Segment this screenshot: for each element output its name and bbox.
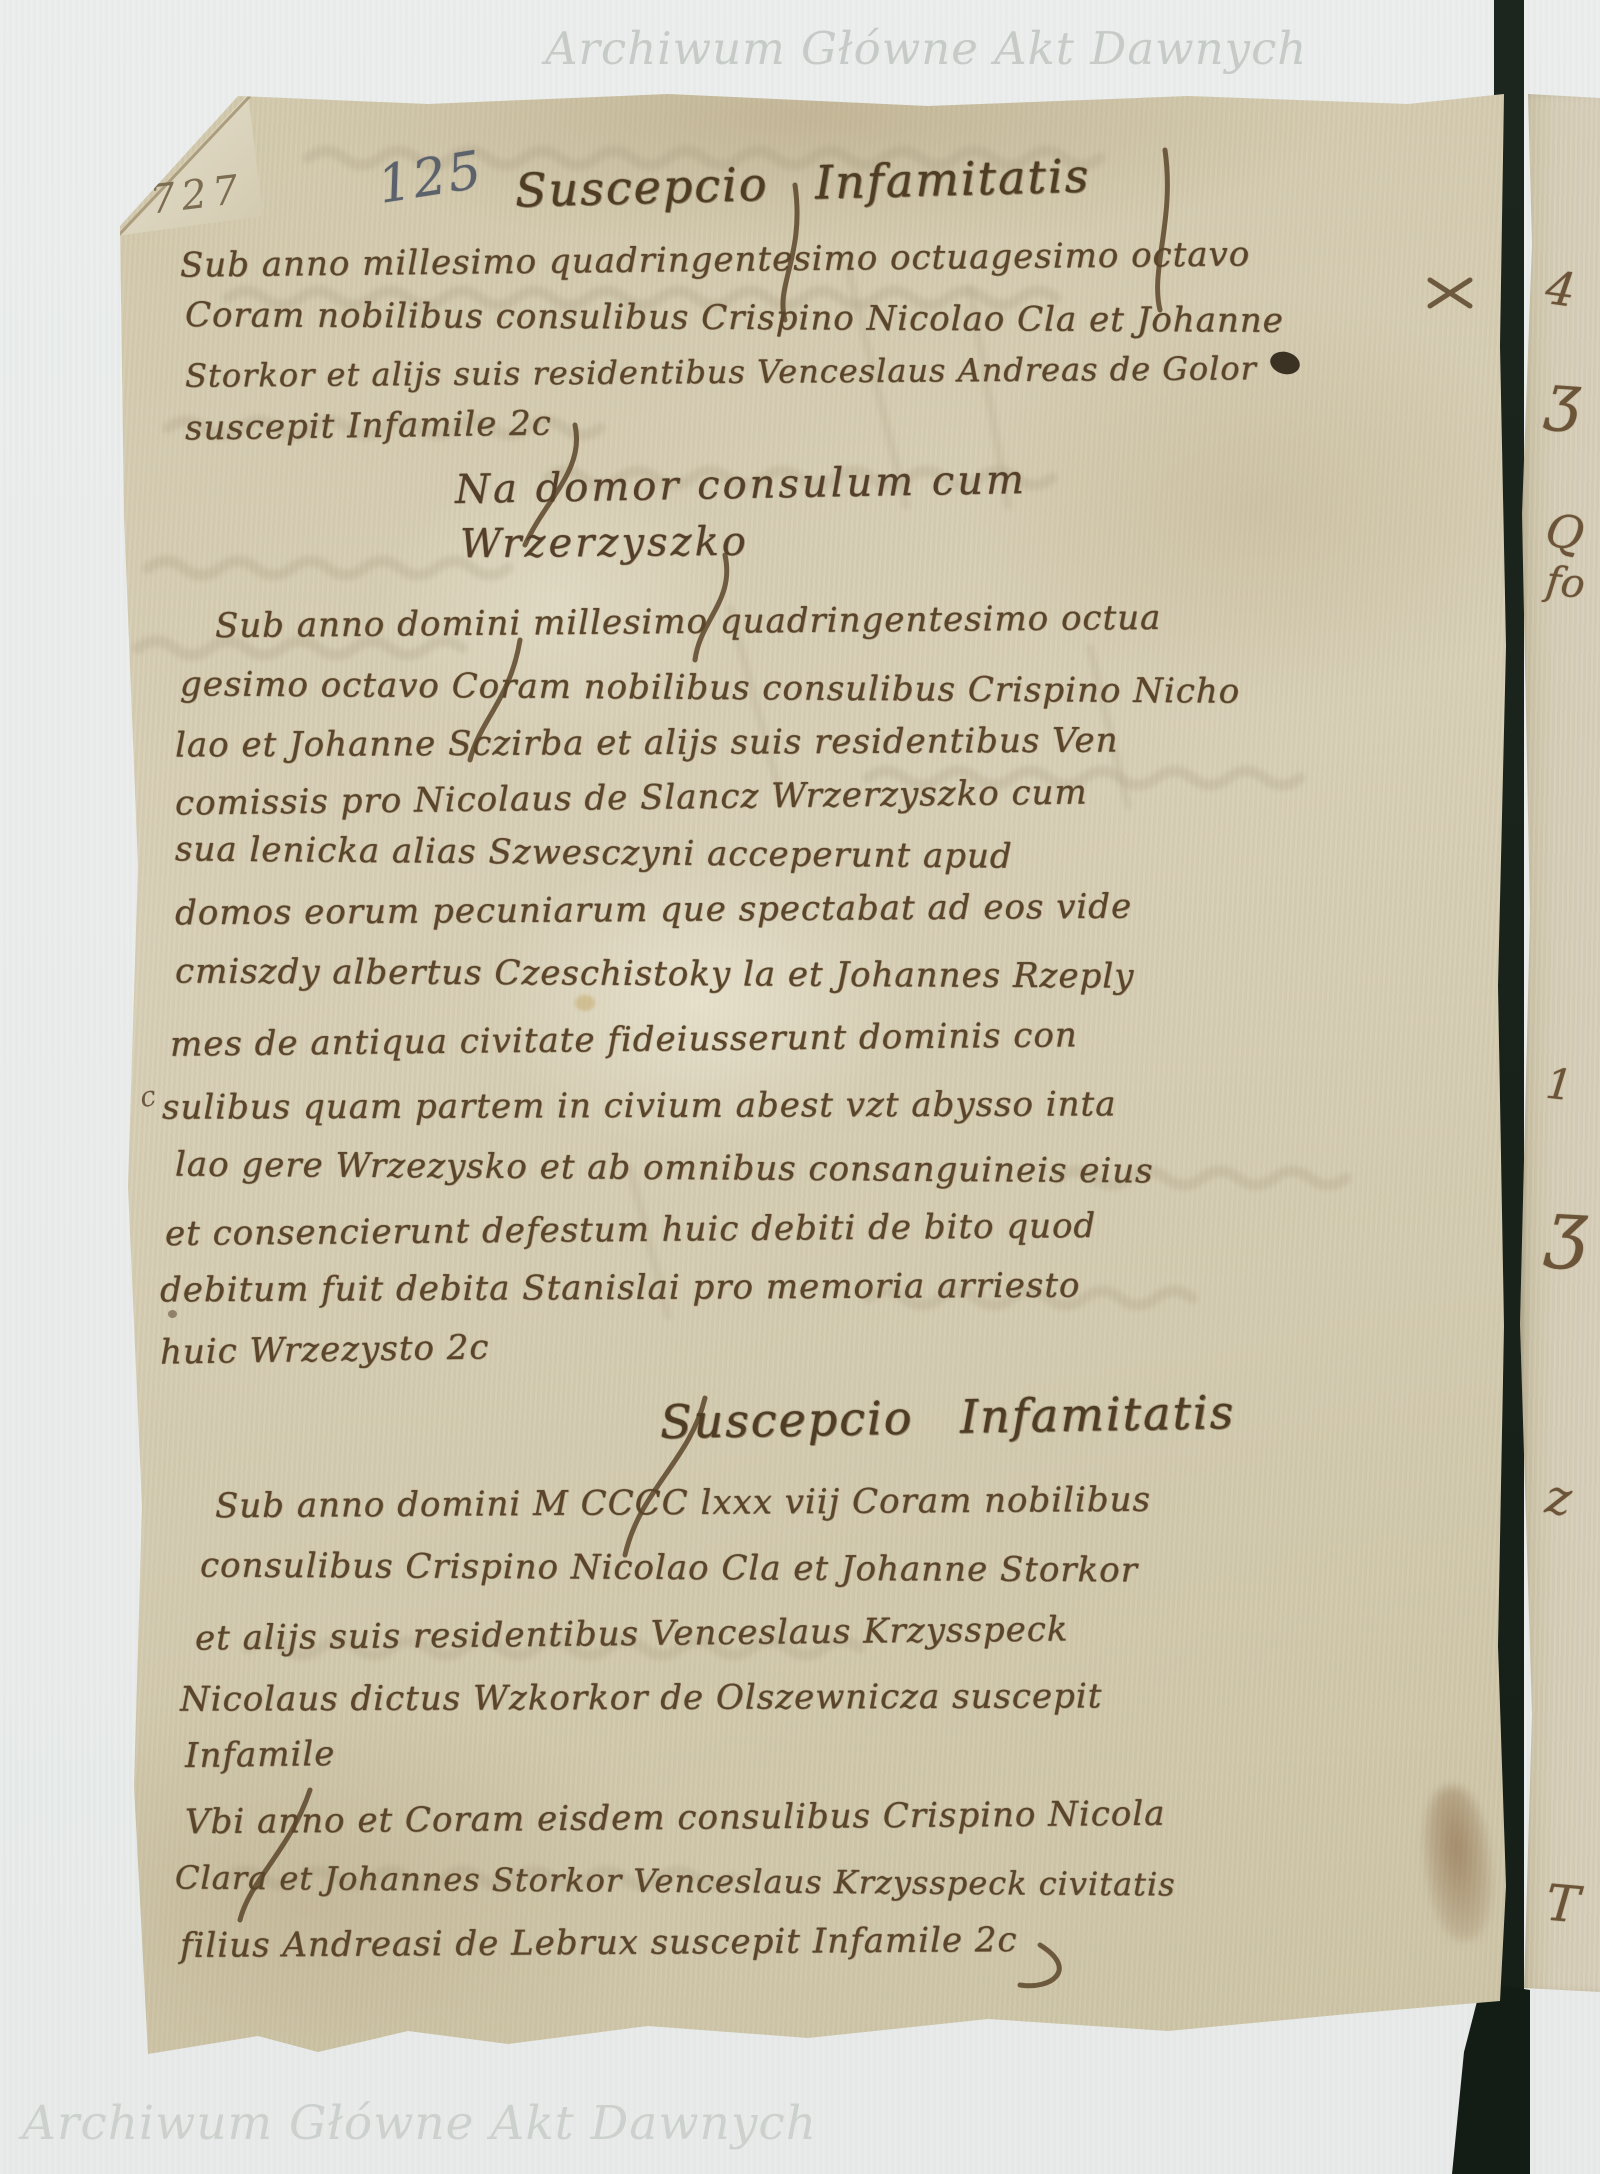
page-fragment: z xyxy=(1542,1469,1575,1528)
manuscript-page: 727 125 c Suscepcio Infamitatis Sub anno… xyxy=(108,86,1508,2058)
manuscript-line: Storkor et alijs suis residentibus Vence… xyxy=(185,349,1257,394)
manuscript-line: Clara et Johannes Storkor Venceslaus Krz… xyxy=(175,1859,1176,1904)
manuscript-line: lao gere Wrzezysko et ab omnibus consang… xyxy=(175,1145,1154,1192)
page-fragment: Q xyxy=(1542,502,1589,562)
manuscript-line: Vbi anno et Coram eisdem consulibus Cris… xyxy=(185,1794,1166,1843)
manuscript-line: huic Wrzezysto 2c xyxy=(160,1327,490,1372)
manuscript-line: lao et Johanne Sczirba et alijs suis res… xyxy=(175,721,1119,766)
manuscript-line: debitum fuit debita Stanislai pro memori… xyxy=(160,1266,1081,1311)
watermark-top: Archiwum Główne Akt Dawnych xyxy=(545,22,1307,75)
page-fragment: fo xyxy=(1544,558,1587,608)
manuscript-line: et consencierunt defestum huic debiti de… xyxy=(165,1206,1097,1254)
manuscript-line: cmiszdy albertus Czeschistoky la et Joha… xyxy=(175,951,1135,996)
manuscript-line: Coram nobilibus consulibus Crispino Nico… xyxy=(185,295,1284,341)
manuscript-line: sulibus quam partem in civium abest vzt … xyxy=(162,1084,1117,1127)
manuscript-line: consulibus Crispino Nicolao Cla et Johan… xyxy=(200,1546,1138,1591)
manuscript-line: Sub anno domini millesimo quadringentesi… xyxy=(215,598,1162,646)
yellow-spot-stain xyxy=(575,995,595,1011)
manuscript-line: gesimo octavo Coram nobilibus consulibus… xyxy=(180,664,1241,711)
manuscript-line: Nicolaus dictus Wzkorkor de Olszewnicza … xyxy=(180,1676,1102,1719)
manuscript-subheading: Wrzerzyszko xyxy=(460,519,749,568)
manuscript-line: domos eorum pecuniarum que spectabat ad … xyxy=(175,887,1132,934)
archival-scan: { "watermark": { "text": "Archiwum Główn… xyxy=(0,0,1600,2174)
manuscript-line: suscepit Infamile 2c xyxy=(185,403,552,448)
manuscript-heading: Suscepcio Infamitatis xyxy=(660,1385,1236,1449)
small-ink-dot xyxy=(168,1310,177,1318)
manuscript-line: filius Andreasi de Lebrux suscepit Infam… xyxy=(180,1920,1018,1966)
manuscript-line: sua lenicka alias Szwesczyni acceperunt … xyxy=(175,829,1013,876)
page-fragment: ʒ xyxy=(1544,1184,1590,1272)
manuscript-line: Sub anno domini M CCCC lxxx viij Coram n… xyxy=(215,1480,1151,1527)
page-fragment: 4 xyxy=(1542,260,1579,318)
page-fragment: ʒ xyxy=(1543,359,1583,434)
manuscript-line: Infamile xyxy=(185,1734,336,1776)
watermark-bottom: Archiwum Główne Akt Dawnych xyxy=(22,2096,817,2151)
page-fragment: 1 xyxy=(1544,1059,1576,1111)
page-fragment: T xyxy=(1544,1874,1582,1935)
